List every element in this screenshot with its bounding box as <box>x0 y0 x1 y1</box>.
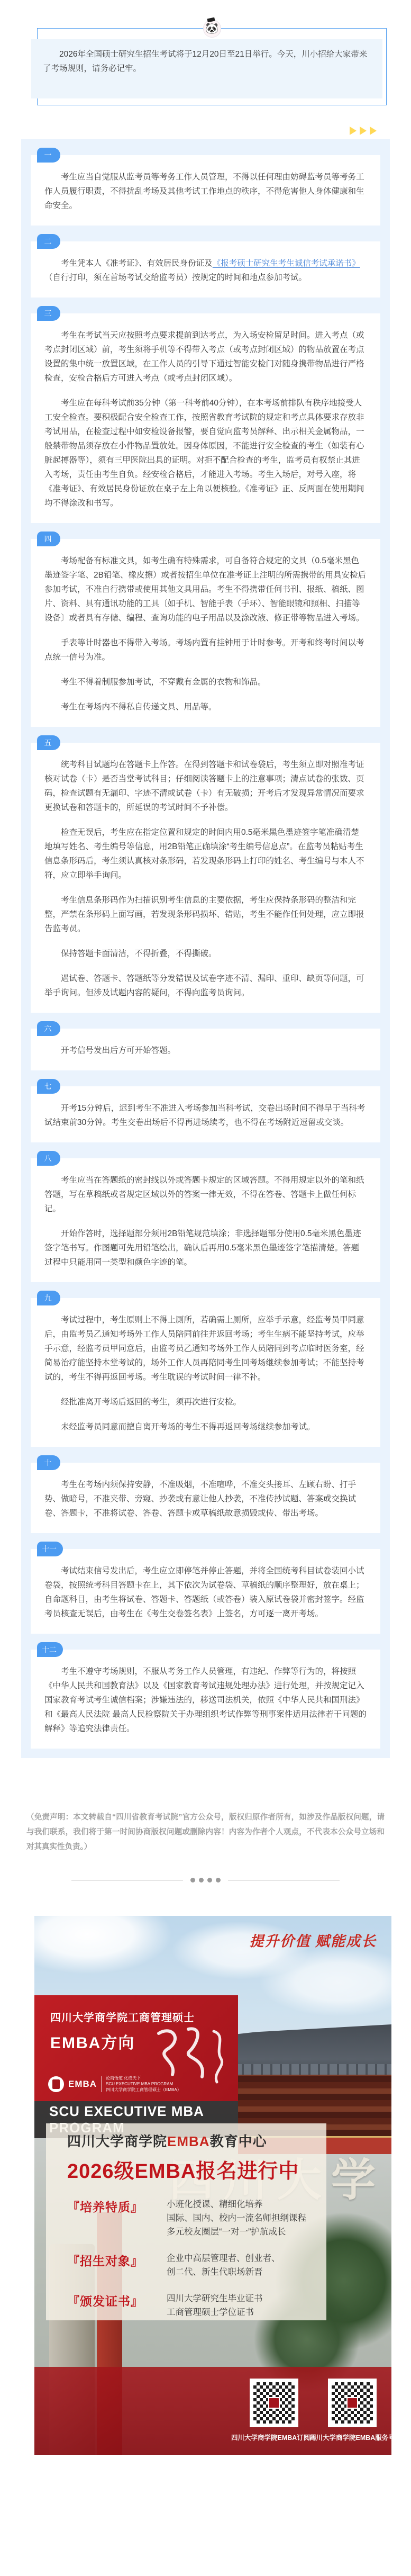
rule-number-badge: 三 <box>37 306 60 321</box>
arrow-right-icon <box>360 127 367 135</box>
rule-paragraph: 考生在考场内不得私自传递文具、用品等。 <box>44 700 367 714</box>
qr-service-group: 四川大学商学院EMBA服务号 <box>309 2379 391 2442</box>
rule-text-pre: 考生凭本人《准考证》、有效居民身份证及 <box>61 259 213 268</box>
logo-caption: 论商悟道 化成天下 SCU EXECUTIVE MBA PROGRAM 四川大学… <box>106 2075 181 2093</box>
intro-text-box: 2026年全国硕士研究生招生考试将于12月20日至21日举行。今天，川小招给大家… <box>31 39 382 98</box>
poster-item-training: 『培养特质』 小班化授课、精细化培养 国际、国内、校内一流名师担纲课程 多元校友… <box>67 2197 326 2239</box>
poster-item-certificates: 『颁发证书』 四川大学研究生毕业证书 工商管理硕士学位证书 <box>67 2292 326 2319</box>
poster-overlay-panel: 四川大学商学院EMBA教育中心 2026级EMBA报名进行中 『培养特质』 小班… <box>46 2123 326 2320</box>
rule-card-3: 三 考生在考试当天应按照考点要求提前到达考点，为入场安检留足时间。进入考点（或考… <box>31 313 380 523</box>
rule-card-6: 六 开考信号发出后方可开始答题。 <box>31 1029 380 1070</box>
rule-paragraph: 统考科目试题均在答题卡上作答。在得到答题卡和试卷袋后，考生须立即对照准考证核对试… <box>44 758 367 815</box>
rule-paragraph: 经批准离开考场后返回的考生，须再次进行安检。 <box>44 1395 367 1409</box>
rule-paragraph: 考试结束信号发出后，考生应立即停笔并停止答题，并将全国统考科目试卷装回小试卷袋，… <box>44 1564 367 1621</box>
poster-headline: 2026级EMBA报名进行中 <box>67 2155 326 2184</box>
graduation-cap-icon <box>207 17 215 23</box>
rule-paragraph: 开始作答时，选择题部分须用2B铅笔规范填涂；非选择题部分使用0.5毫米黑色墨迹签… <box>44 1227 367 1269</box>
divider-dots-icon <box>190 1878 221 1883</box>
item-line: 小班化授课、精细化培养 <box>167 2197 306 2211</box>
item-label: 『招生对象』 <box>67 2251 167 2279</box>
rule-paragraph: 保持答题卡面清洁，不得折叠，不得撕破。 <box>44 947 367 961</box>
rule-number-badge: 八 <box>37 1151 60 1166</box>
rule-card-4: 四 考场配备有标准文具，如考生确有特殊需求，可自备符合规定的文具（0.5毫米黑色… <box>31 539 380 727</box>
integrity-commitment-link[interactable]: 《报考硕士研究生考生诚信考试承诺书》 <box>213 259 360 268</box>
rule-card-12: 十二 考生不遵守考场规则，不服从考务工作人员管理，有违纪、作弊等行为的，将按照《… <box>31 1650 380 1749</box>
rule-paragraph: 遇试卷、答题卡、答题纸等分发错误及试卷字迹不清、漏印、重印、缺页等问题，可举手询… <box>44 971 367 1000</box>
panda-mascot-icon: 🐼 <box>203 20 221 38</box>
poster-red-block: 四川大学商学院工商管理硕士 EMBA方向 EMBA 论商悟道 化成天下 SCU … <box>34 1995 238 2101</box>
rule-number-badge: 五 <box>37 735 60 750</box>
article-header: 🐼 2026年全国硕士研究生招生考试将于12月20日至21日举行。今天，川小招给… <box>0 0 411 105</box>
rule-number-badge: 四 <box>37 532 60 546</box>
item-line: 企业中高层管理者、创业者、 <box>167 2251 280 2265</box>
emba-logo-text: EMBA <box>68 2079 97 2089</box>
rule-paragraph: 检查无误后，考生应在指定位置和规定的时间内用0.5毫米黑色墨迹签字笔准确清楚地填… <box>44 825 367 882</box>
rule-number-badge: 十 <box>37 1455 60 1470</box>
title-pre: 四川大学商学院 <box>67 2133 167 2149</box>
rule-text-post: （自行打印，须在首场考试交给监考员）按规定的时间和地点参加考试。 <box>44 273 307 282</box>
rule-card-8: 八 考生应当在答题纸的密封线以外或答题卡规定的区域答题。不得用规定以外的笔和纸答… <box>31 1158 380 1282</box>
divider-line <box>71 1880 183 1880</box>
poster-slogan: 提升价值 赋能成长 <box>249 1930 377 1950</box>
item-line: 工商管理硕士学位证书 <box>167 2305 263 2319</box>
rule-card-5: 五 统考科目试题均在答题卡上作答。在得到答题卡和试卷袋后，考生须立即对照准考证核… <box>31 743 380 1013</box>
rule-card-2: 二 考生凭本人《准考证》、有效居民身份证及《报考硕士研究生考生诚信考试承诺书》（… <box>31 241 380 298</box>
rule-number-badge: 七 <box>37 1079 60 1094</box>
emba-logo-row: EMBA 论商悟道 化成天下 SCU EXECUTIVE MBA PROGRAM… <box>48 2075 181 2093</box>
item-label: 『颁发证书』 <box>67 2292 167 2319</box>
rule-paragraph: 考生在考试当天应按照考点要求提前到达考点，为入场安检留足时间。进入考点（或考点封… <box>44 328 367 385</box>
rule-paragraph: 考生信息条形码作为扫描识别考生信息的主要依据，考生应保持条形码的整洁和完整，严禁… <box>44 893 367 936</box>
dots-divider <box>71 1877 340 1883</box>
rule-paragraph: 考生不遵守考场规则，不服从考务工作人员管理，有违纪、作弊等行为的，将按照《中华人… <box>44 1664 367 1736</box>
rule-number-badge: 一 <box>37 148 60 163</box>
item-lines: 企业中高层管理者、创业者、 创二代、新生代职场新晋 <box>167 2251 280 2279</box>
rule-paragraph: 开考信号发出后方可开始答题。 <box>44 1043 367 1058</box>
intro-text: 2026年全国硕士研究生招生考试将于12月20日至21日举行。今天，川小招给大家… <box>43 47 371 76</box>
scu-emblem-icon <box>48 2076 64 2092</box>
rule-number-badge: 六 <box>37 1021 60 1036</box>
rule-card-10: 十 考生在考场内须保持安静，不准吸烟，不准喧哗，不准交头接耳、左顾右盼、打手势、… <box>31 1463 380 1533</box>
item-lines: 小班化授课、精细化培养 国际、国内、校内一流名师担纲课程 多元校友圈层“一对一”… <box>167 2197 306 2239</box>
rule-number-badge: 十一 <box>37 1542 63 1556</box>
cloud-decoration <box>34 1916 172 1974</box>
rule-card-1: 一 考生应当自觉服从监考员等考务工作人员管理，不得以任何理由妨碍监考员等考务工作… <box>31 155 380 226</box>
rule-card-7: 七 开考15分钟后，迟到考生不准进入考场参加当科考试，交卷出场时间不得早于当科考… <box>31 1086 380 1142</box>
rule-paragraph: 考生凭本人《准考证》、有效居民身份证及《报考硕士研究生考生诚信考试承诺书》（自行… <box>44 256 367 285</box>
title-emba: EMBA <box>167 2133 210 2149</box>
arrow-right-icon <box>350 127 357 135</box>
poster-center-title: 四川大学商学院EMBA教育中心 <box>67 2131 326 2150</box>
item-line: 创二代、新生代职场新晋 <box>167 2265 280 2279</box>
poster-item-audience: 『招生对象』 企业中高层管理者、创业者、 创二代、新生代职场新晋 <box>67 2251 326 2279</box>
rule-paragraph: 考生应当在答题纸的密封线以外或答题卡规定的区域答题。不得用规定以外的笔和纸答题，… <box>44 1173 367 1216</box>
rule-paragraph: 考生在考场内须保持安静，不准吸烟，不准喧哗，不准交头接耳、左顾右盼、打手势、做暗… <box>44 1478 367 1520</box>
rule-number-badge: 九 <box>37 1291 60 1305</box>
emba-poster[interactable]: 提升价值 赋能成长 四川大学商学院工商管理硕士 EMBA方向 EMBA 论商悟道… <box>34 1916 391 2455</box>
divider-line <box>228 1880 340 1880</box>
qr-subscription-label: 四川大学商学院EMBA订阅号 <box>231 2433 317 2442</box>
disclaimer-text: （免责声明：本文转载自“四川省教育考试院”官方公众号，版权归原作者所有，如涉及作… <box>26 1810 385 1854</box>
rule-paragraph: 手表等计时器也不得带入考场。考场内置有挂钟用于计时参考。开考和终考时间以考点统一… <box>44 636 367 664</box>
rule-paragraph: 考试过程中，考生原则上不得上厕所，若确需上厕所，应举手示意，经监考员甲同意后，由… <box>44 1313 367 1384</box>
logo-motto: 论商悟道 化成天下 <box>106 2075 181 2081</box>
qr-code-service <box>328 2379 377 2427</box>
item-line: 多元校友圈层“一对一”护航成长 <box>167 2225 306 2239</box>
title-post: 教育中心 <box>210 2133 267 2149</box>
section-arrows <box>0 127 377 135</box>
logo-separator <box>101 2076 102 2092</box>
article-page: 🐼 2026年全国硕士研究生招生考试将于12月20日至21日举行。今天，川小招给… <box>0 0 411 2503</box>
qr-subscription-group: 四川大学商学院EMBA订阅号 <box>231 2379 317 2442</box>
logo-en: SCU EXECUTIVE MBA PROGRAM <box>106 2081 181 2087</box>
qr-code-subscription <box>250 2379 298 2427</box>
rule-number-badge: 二 <box>37 234 60 249</box>
item-lines: 四川大学研究生毕业证书 工商管理硕士学位证书 <box>167 2292 263 2319</box>
rule-paragraph: 考场配备有标准文具，如考生确有特殊需求，可自备符合规定的文具（0.5毫米黑色墨迹… <box>44 554 367 625</box>
rule-card-11: 十一 考试结束信号发出后，考生应立即停笔并停止答题，并将全国统考科目试卷装回小试… <box>31 1549 380 1634</box>
item-line: 四川大学研究生毕业证书 <box>167 2292 263 2305</box>
bottom-whitespace <box>0 2479 411 2503</box>
logo-cn: 四川大学商学院工商管理硕士（EMBA） <box>106 2087 181 2093</box>
rule-number-badge: 十二 <box>37 1642 63 1657</box>
rule-paragraph: 开考15分钟后，迟到考生不准进入考场参加当科考试，交卷出场时间不得早于当科考试结… <box>44 1101 367 1130</box>
arrow-right-icon <box>370 127 377 135</box>
rule-paragraph: 考生应当自觉服从监考员等考务工作人员管理，不得以任何理由妨碍监考员等考务工作人员… <box>44 170 367 213</box>
rule-paragraph: 考生应在每科考试前35分钟（第一科考前40分钟），在本考场前排队有秩序地接受人工… <box>44 396 367 510</box>
rule-paragraph: 考生不得着制服参加考试，不穿戴有金属的衣物和饰品。 <box>44 675 367 689</box>
poster-bottom-band: 四川大学商学院EMBA订阅号 四川大学商学院EMBA服务号 <box>34 2367 391 2455</box>
item-line: 国际、国内、校内一流名师担纲课程 <box>167 2211 306 2225</box>
qr-service-label: 四川大学商学院EMBA服务号 <box>309 2433 391 2442</box>
rule-card-9: 九 考试过程中，考生原则上不得上厕所，若确需上厕所，应举手示意，经监考员甲同意后… <box>31 1298 380 1447</box>
poster-program-line: 四川大学商学院工商管理硕士 <box>50 2009 225 2024</box>
item-label: 『培养特质』 <box>67 2197 167 2239</box>
poster-items: 『培养特质』 小班化授课、精细化培养 国际、国内、校内一流名师担纲课程 多元校友… <box>67 2197 326 2319</box>
rules-panel: 一 考生应当自觉服从监考员等考务工作人员管理，不得以任何理由妨碍监考员等考务工作… <box>21 139 390 1758</box>
intro-box: 🐼 2026年全国硕士研究生招生考试将于12月20日至21日举行。今天，川小招给… <box>37 28 387 105</box>
rule-paragraph: 未经监考员同意而擅自离开考场的考生不得再返回考场继续参加考试。 <box>44 1420 367 1434</box>
